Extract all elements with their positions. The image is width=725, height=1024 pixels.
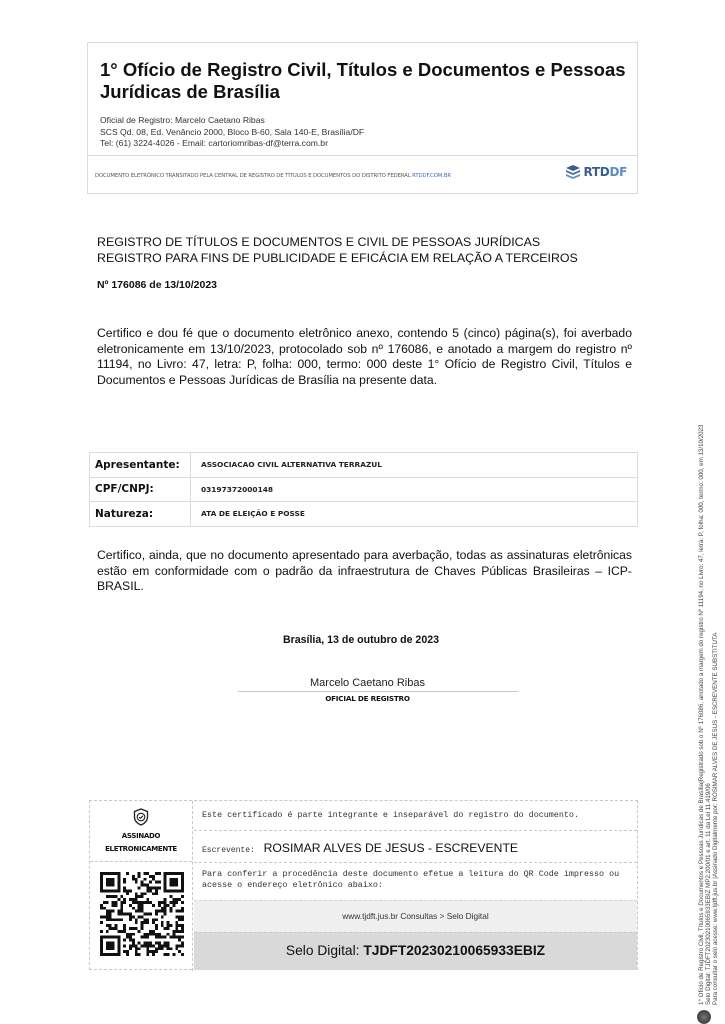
icp-brasil-paragraph: Certifico, ainda, que no documento apres…: [97, 548, 632, 595]
contact-line: Tel: (61) 3224-4026 - Email: cartoriomri…: [100, 138, 364, 150]
qr-code-cell: [90, 862, 192, 970]
stacked-layers-icon: [565, 164, 581, 180]
logo-text: RTDDF: [583, 165, 627, 179]
address-line: SCS Qd. 08, Ed. Venâncio 2000, Bloco B-6…: [100, 127, 364, 139]
transit-notice: DOCUMENTO ELETRÔNICO TRANSITADO PELA CEN…: [95, 173, 451, 179]
qr-code[interactable]: [100, 872, 184, 956]
verify-instructions: Para conferir a procedência deste docume…: [194, 863, 637, 900]
writer-row: Escrevente: ROSIMAR ALVES DE JESUS - ESC…: [194, 831, 637, 863]
cnpj-label: CPF/CNPJ:: [90, 477, 191, 502]
seal-label: Selo Digital:: [286, 943, 360, 958]
presenter-label: Apresentante:: [90, 453, 191, 478]
shield-check-icon: [133, 808, 149, 826]
table-row: CPF/CNPJ: 03197372000148: [90, 477, 638, 502]
section-title-line2: REGISTRO PARA FINS DE PUBLICIDADE E EFIC…: [97, 250, 637, 266]
signer-role: OFICIAL DE REGISTRO: [290, 694, 445, 703]
nature-value: ATA DE ELEIÇÃO E POSSE: [191, 502, 638, 527]
cnpj-value: 03197372000148: [191, 477, 638, 502]
seal-code: TJDFT20230210065933EBIZ: [363, 943, 545, 958]
signed-electronically-label: ASSINADO ELETRONICAMENTE: [90, 830, 192, 856]
header-divider: [88, 155, 637, 156]
details-table: Apresentante: ASSOCIACAO CIVIL ALTERNATI…: [89, 452, 638, 527]
side-line-1: 1° Ofício de Registro Civil, Títulos e D…: [698, 425, 705, 1005]
verify-url[interactable]: www.tjdft.jus.br Consultas > Selo Digita…: [194, 900, 637, 932]
writer-label: Escrevente:: [202, 846, 255, 855]
signer-name: Marcelo Caetano Ribas: [290, 677, 445, 689]
digital-stamp: ASSINADO ELETRONICAMENTE Este certificad…: [89, 800, 638, 970]
registry-title: 1° Ofício de Registro Civil, Títulos e D…: [100, 59, 630, 103]
registry-header: 1° Ofício de Registro Civil, Títulos e D…: [87, 42, 638, 194]
presenter-value: ASSOCIACAO CIVIL ALTERNATIVA TERRAZUL: [191, 453, 638, 478]
transit-text: DOCUMENTO ELETRÔNICO TRANSITADO PELA CEN…: [95, 173, 411, 179]
certification-paragraph: Certifico e dou fé que o documento eletr…: [97, 326, 632, 388]
signature-line: [238, 691, 518, 692]
section-title-line1: REGISTRO DE TÍTULOS E DOCUMENTOS E CIVIL…: [97, 234, 637, 250]
signed-electronically-cell: ASSINADO ELETRONICAMENTE: [90, 801, 192, 862]
digital-seal: Selo Digital: TJDFT20230210065933EBIZ: [194, 932, 637, 970]
table-row: Apresentante: ASSOCIACAO CIVIL ALTERNATI…: [90, 453, 638, 478]
nature-label: Natureza:: [90, 502, 191, 527]
table-row: Natureza: ATA DE ELEIÇÃO E POSSE: [90, 502, 638, 527]
side-line-3: Para consultar o selo acesse: www.tjdft.…: [712, 633, 719, 1005]
section-title: REGISTRO DE TÍTULOS E DOCUMENTOS E CIVIL…: [97, 234, 637, 266]
integral-notice: Este certificado é parte integrante e in…: [194, 801, 637, 831]
stamp-right-column: Este certificado é parte integrante e in…: [194, 801, 637, 971]
coat-of-arms-seal-icon: [697, 1010, 711, 1024]
officer-line: Oficial de Registro: Marcelo Caetano Rib…: [100, 115, 364, 127]
stamp-left-column: ASSINADO ELETRONICAMENTE: [90, 801, 193, 971]
rtddf-logo: RTDDF: [565, 164, 627, 180]
place-date: Brasília, 13 de outubro de 2023: [0, 634, 725, 646]
registry-contact-info: Oficial de Registro: Marcelo Caetano Rib…: [100, 115, 364, 150]
side-line-2: Selo Digital: TJDFT20230210065933EBIZ MP…: [705, 783, 712, 1005]
writer-name: ROSIMAR ALVES DE JESUS - ESCREVENTE: [264, 841, 518, 855]
rtddf-link[interactable]: RTDDF.COM.BR: [412, 173, 451, 179]
registration-number: Nº 176086 de 13/10/2023: [97, 279, 217, 291]
